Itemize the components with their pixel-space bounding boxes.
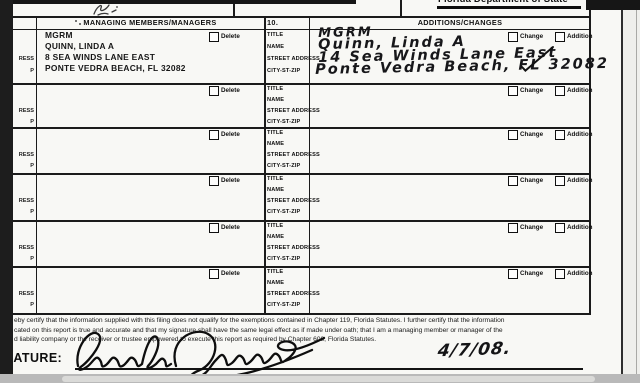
street-address-label: STREET ADDRESS	[267, 152, 320, 158]
addition-label: Addition	[567, 131, 593, 138]
name-label: NAME	[267, 97, 284, 103]
member-row: RESS P Delete TITLE NAME STREET ADDRESS …	[13, 83, 590, 127]
city-st-zip-label: CITY-ST-ZIP	[267, 119, 300, 125]
change-label: Change	[520, 224, 543, 231]
addition-checkbox[interactable]	[555, 32, 565, 42]
title-label: TITLE	[267, 32, 283, 38]
change-label: Change	[520, 87, 543, 94]
street-address-label: STREET ADDRESS	[267, 245, 320, 251]
title-label: TITLE	[267, 269, 283, 275]
member-row: RESS P Delete TITLE NAME STREET ADDRESS …	[13, 220, 590, 266]
name-label: NAME	[267, 44, 284, 50]
member-row: RESS P Delete TITLE NAME STREET ADDRESS …	[13, 127, 590, 173]
page-edge-line	[636, 10, 637, 374]
name-label: NAME	[267, 280, 284, 286]
delete-checkbox[interactable]	[209, 223, 219, 233]
change-checkbox[interactable]	[508, 32, 518, 42]
addition-label: Addition	[567, 224, 593, 231]
name-label: NAME	[267, 141, 284, 147]
clipped-street-address-label: RESS	[13, 198, 34, 204]
clipped-street-address-label: RESS	[13, 108, 34, 114]
delete-checkbox[interactable]	[209, 86, 219, 96]
clipped-zip-label: P	[13, 163, 34, 169]
dept-header-underline	[437, 6, 581, 8]
delete-label: Delete	[221, 270, 240, 277]
section-number: 10.	[267, 18, 278, 27]
page-right-margin	[623, 0, 640, 383]
city-st-zip-label: CITY-ST-ZIP	[267, 256, 300, 262]
member-name-value: QUINN, LINDA A	[45, 41, 114, 51]
city-st-zip-label: CITY-ST-ZIP	[267, 163, 300, 169]
change-checkbox[interactable]	[508, 130, 518, 140]
addition-checkbox[interactable]	[555, 86, 565, 96]
title-label: TITLE	[267, 86, 283, 92]
delete-checkbox[interactable]	[209, 130, 219, 140]
clipped-street-address-label: RESS	[13, 291, 34, 297]
change-checkbox[interactable]	[508, 269, 518, 279]
title-label: TITLE	[267, 176, 283, 182]
city-st-zip-label: CITY-ST-ZIP	[267, 302, 300, 308]
addition-label: Addition	[567, 87, 593, 94]
addition-checkbox[interactable]	[555, 176, 565, 186]
scanned-form-page: Florida Department of State MANAGING MEM…	[0, 0, 640, 383]
change-checkbox[interactable]	[508, 86, 518, 96]
title-label: TITLE	[267, 223, 283, 229]
street-address-label: STREET ADDRESS	[267, 198, 320, 204]
clipped-street-address-label: RESS	[13, 152, 34, 158]
delete-checkbox[interactable]	[209, 32, 219, 42]
handwritten-signature	[72, 320, 352, 382]
member-title-value: MGRM	[45, 30, 73, 40]
horizontal-scrollbar-thumb[interactable]	[62, 376, 595, 383]
clipped-zip-label: P	[13, 119, 34, 125]
delete-label: Delete	[221, 224, 240, 231]
clipped-zip-label: P	[13, 256, 34, 262]
delete-label: Delete	[221, 131, 240, 138]
street-address-label: STREET ADDRESS	[267, 108, 320, 114]
city-st-zip-label: CITY-ST-ZIP	[267, 68, 300, 74]
delete-label: Delete	[221, 33, 240, 40]
clipped-zip-label: P	[13, 302, 34, 308]
addition-label: Addition	[567, 33, 593, 40]
addition-checkbox[interactable]	[555, 223, 565, 233]
clipped-street-address-label: RESS	[13, 245, 34, 251]
scan-left-edge	[0, 0, 13, 377]
change-checkbox[interactable]	[508, 176, 518, 186]
addition-label: Addition	[567, 177, 593, 184]
clipped-street-address-label: RESS	[13, 56, 34, 62]
addition-checkbox[interactable]	[555, 130, 565, 140]
change-label: Change	[520, 131, 543, 138]
handwritten-date: 4/7/08.	[436, 339, 512, 362]
delete-label: Delete	[221, 87, 240, 94]
street-address-label: STREET ADDRESS	[267, 291, 320, 297]
addition-checkbox[interactable]	[555, 269, 565, 279]
scan-top-edge	[0, 0, 356, 4]
member-street-value: 8 SEA WINDS LANE EAST	[45, 52, 155, 62]
grid-line	[400, 0, 402, 16]
scan-top-right-edge	[586, 0, 640, 10]
member-row: RESS P Delete TITLE NAME STREET ADDRESS …	[13, 173, 590, 220]
name-label: NAME	[267, 234, 284, 240]
delete-label: Delete	[221, 177, 240, 184]
street-address-label: STREET ADDRESS	[267, 56, 320, 62]
delete-checkbox[interactable]	[209, 269, 219, 279]
member-row: RESS P MGRM QUINN, LINDA A 8 SEA WINDS L…	[13, 29, 590, 83]
city-st-zip-label: CITY-ST-ZIP	[267, 209, 300, 215]
checkmark-icon	[516, 45, 562, 75]
addition-label: Addition	[567, 270, 593, 277]
clipped-zip-label: P	[13, 209, 34, 215]
delete-checkbox[interactable]	[209, 176, 219, 186]
title-label: TITLE	[267, 130, 283, 136]
page-edge-line	[621, 0, 623, 374]
change-checkbox[interactable]	[508, 223, 518, 233]
change-label: Change	[520, 177, 543, 184]
change-label: Change	[520, 33, 543, 40]
dept-of-state-text: Florida Department of State	[438, 0, 568, 5]
dept-of-state-header-clipped: Florida Department of State	[438, 0, 568, 6]
name-label: NAME	[267, 187, 284, 193]
change-label: Change	[520, 270, 543, 277]
grid-line	[13, 313, 591, 315]
clipped-zip-label: P	[13, 68, 34, 74]
left-section-header: MANAGING MEMBERS/MANAGERS	[36, 18, 264, 27]
member-city-value: PONTE VEDRA BEACH, FL 32082	[45, 63, 186, 73]
grid-line	[233, 4, 235, 16]
member-row: RESS P Delete TITLE NAME STREET ADDRESS …	[13, 266, 590, 313]
